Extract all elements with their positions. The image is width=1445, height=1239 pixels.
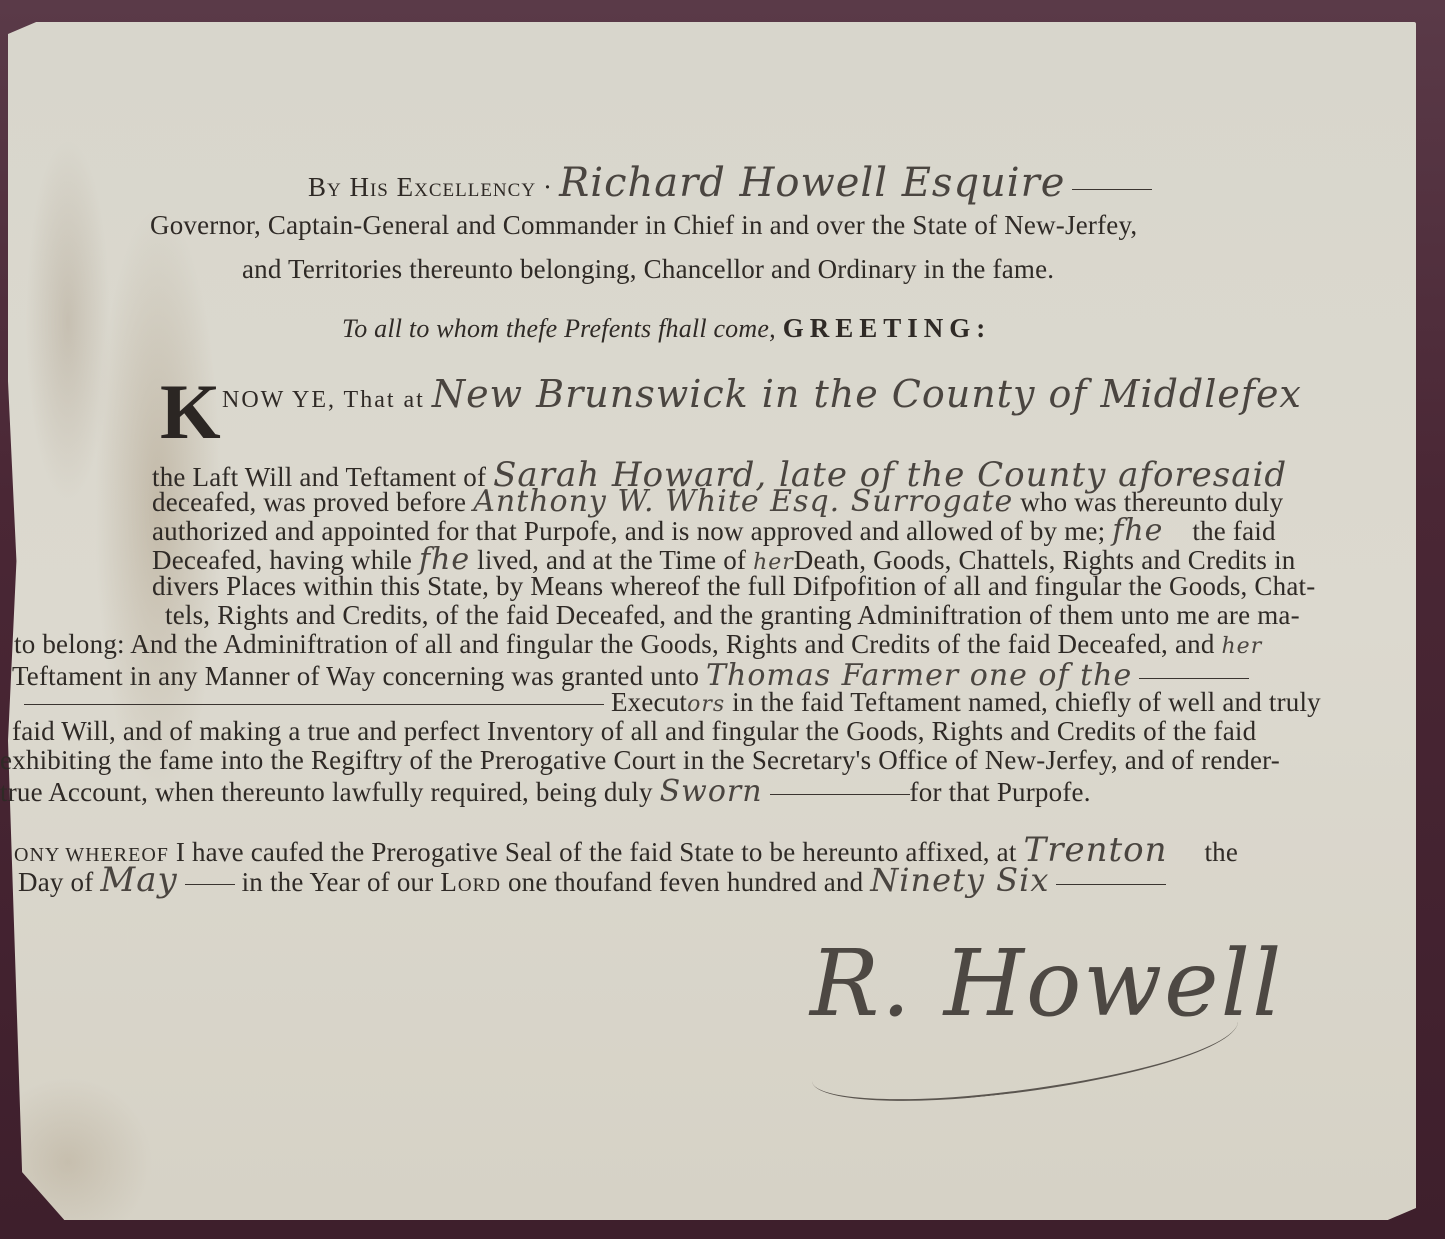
month-handwritten: May xyxy=(100,860,177,900)
body-text: for that Purpofe. xyxy=(910,777,1091,807)
body-line-12: true Account, when thereunto lawfully re… xyxy=(0,774,1091,809)
body-text: one thoufand feven hundred and xyxy=(508,867,863,897)
know-ye: NOW YE, That at xyxy=(222,387,425,413)
body-text: Execut xyxy=(611,687,687,717)
body-text: Day of xyxy=(18,867,93,897)
body-text: true Account, when thereunto lawfully re… xyxy=(0,777,653,807)
greeting-italic: To all to whom thefe Prefents fhall come… xyxy=(342,314,776,343)
year-handwritten: Ninety Six xyxy=(870,861,1049,899)
know-ye-line: NOW YE, That at New Brunswick in the Cou… xyxy=(222,372,1302,416)
title-line-1: Governor, Captain-General and Commander … xyxy=(150,210,1137,241)
body-text: in the Year of our xyxy=(242,867,434,897)
greeting-caps: GREETING: xyxy=(783,313,992,343)
pronoun-handwritten: her xyxy=(1222,634,1263,659)
body-line-6: tels, Rights and Credits, of the faid De… xyxy=(165,600,1300,631)
greeting: To all to whom thefe Prefents fhall come… xyxy=(342,313,991,344)
testimony-line-2: Day of May in the Year of our Lord one t… xyxy=(18,860,1166,900)
body-text: the xyxy=(1204,837,1238,867)
drop-cap: K xyxy=(160,373,221,451)
sworn-handwritten: Sworn xyxy=(660,774,763,809)
governor-name: Richard Howell Esquire xyxy=(559,160,1065,206)
place-of-proof: New Brunswick in the County of Middlefex xyxy=(432,372,1302,416)
plural-handwritten: ors xyxy=(687,692,725,717)
body-line-5: divers Places within this State, by Mean… xyxy=(152,571,1315,602)
body-line-11: exhibiting the fame into the Regiftry of… xyxy=(0,745,1280,776)
lord-caps: Lord xyxy=(440,867,501,897)
body-text: to belong: And the Adminiftration of all… xyxy=(14,629,1215,659)
body-line-9: Executors in the faid Teftament named, c… xyxy=(24,687,1321,718)
body-line-10: faid Will, and of making a true and perf… xyxy=(12,716,1256,747)
body-line-7: to belong: And the Adminiftration of all… xyxy=(14,629,1262,660)
header-line: By His Excellency · Richard Howell Esqui… xyxy=(308,160,1152,206)
body-text: in the faid Teftament named, chiefly of … xyxy=(732,687,1321,717)
title-line-2: and Territories thereunto belonging, Cha… xyxy=(242,254,1054,285)
by-his-excellency: By His Excellency xyxy=(308,172,536,202)
